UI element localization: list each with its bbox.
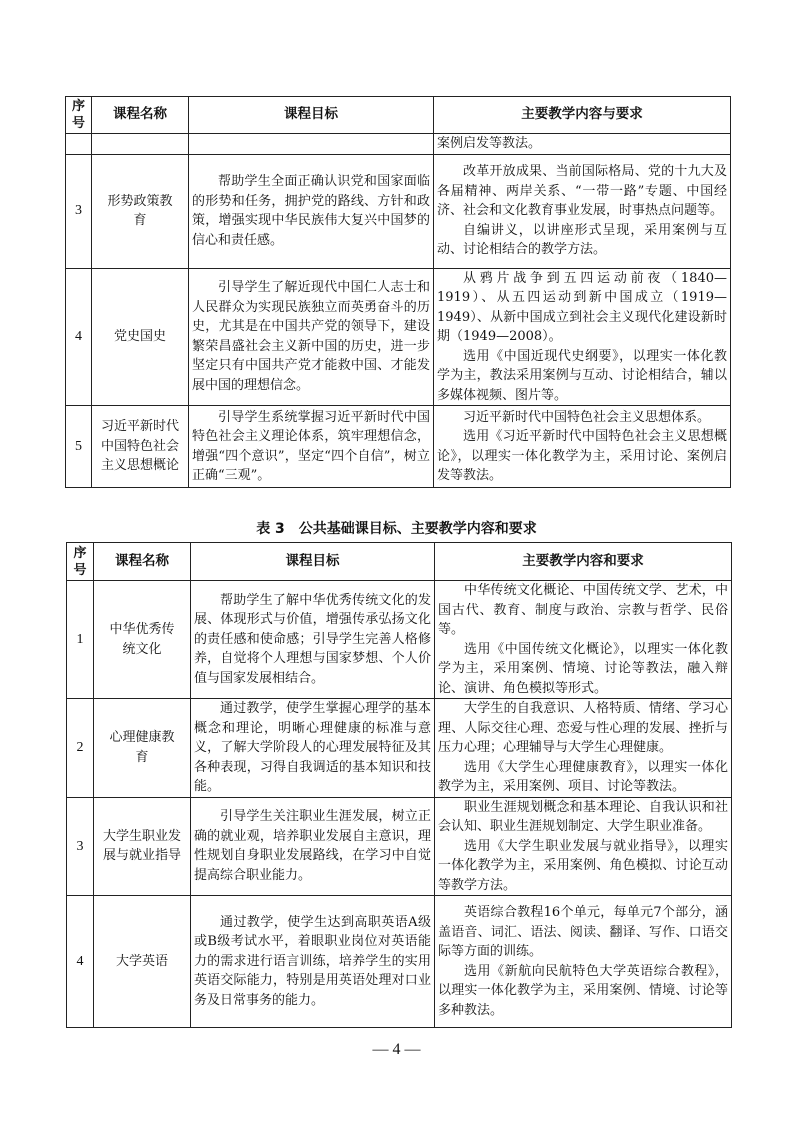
header-no: 序号 <box>67 543 94 581</box>
row-number: 5 <box>66 406 92 488</box>
header-content: 主要教学内容和要求 <box>435 543 732 581</box>
table-caption: 表 3 公共基础课目标、主要教学内容和要求 <box>0 518 793 538</box>
course-name: 心理健康教育 <box>94 699 191 798</box>
course-goal: 帮助学生了解中华优秀传统文化的发展、体现形式与价值，增强传承弘扬文化的责任感和使… <box>191 581 435 699</box>
table-row: 5 习近平新时代中国特色社会主义思想概论 引导学生系统掌握习近平新时代中国特色社… <box>66 406 731 488</box>
table-row: 4 党史国史 引导学生了解近现代中国仁人志士和人民群众为实现民族独立而英勇奋斗的… <box>66 268 731 406</box>
header-name: 课程名称 <box>92 97 189 134</box>
header-goal: 课程目标 <box>191 543 435 581</box>
table-row: 4 大学英语 通过教学，使学生达到高职英语A级或B级考试水平，着眼职业岗位对英语… <box>67 896 732 1028</box>
header-goal: 课程目标 <box>189 97 434 134</box>
course-content: 从鸦片战争到五四运动前夜（1840—1919）、从五四运动到新中国成立（1919… <box>434 268 731 406</box>
page-number: — 4 — <box>0 1041 793 1059</box>
course-name: 党史国史 <box>92 268 189 406</box>
header-name: 课程名称 <box>94 543 191 581</box>
course-content: 改革开放成果、当前国际格局、党的十九大及各届精神、两岸关系、“一带一路”专题、中… <box>434 154 731 268</box>
course-name: 中华优秀传统文化 <box>94 581 191 699</box>
row-number: 3 <box>67 797 94 896</box>
course-goal: 通过教学，使学生掌握心理学的基本概念和理论，明晰心理健康的标准与意义，了解大学阶… <box>191 699 435 798</box>
header-no: 序号 <box>66 97 92 134</box>
course-name: 大学英语 <box>94 896 191 1028</box>
course-goal: 引导学生系统掌握习近平新时代中国特色社会主义理论体系，筑牢理想信念，增强“四个意… <box>189 406 434 488</box>
table-row: 2 心理健康教育 通过教学，使学生掌握心理学的基本概念和理论，明晰心理健康的标准… <box>67 699 732 798</box>
row-number: 4 <box>67 896 94 1028</box>
course-name: 习近平新时代中国特色社会主义思想概论 <box>92 406 189 488</box>
course-goal: 引导学生关注职业生涯发展，树立正确的就业观，培养职业发展自主意识，理性规划自身职… <box>191 797 435 896</box>
course-goal: 帮助学生全面正确认识党和国家面临的形势和任务，拥护党的路线、方针和政策，增强实现… <box>189 154 434 268</box>
course-name: 形势政策教育 <box>92 154 189 268</box>
row-number: 4 <box>66 268 92 406</box>
course-content: 英语综合教程16个单元，每单元7个部分，涵盖语音、词汇、语法、阅读、翻译、写作、… <box>435 896 732 1028</box>
course-content: 习近平新时代中国特色社会主义思想体系。 选用《习近平新时代中国特色社会主义思想概… <box>434 406 731 488</box>
content-cell: 案例启发等教法。 <box>434 134 731 155</box>
table-header-row: 序号 课程名称 课程目标 主要教学内容和要求 <box>67 543 732 581</box>
row-number: 2 <box>67 699 94 798</box>
table-row: 3 形势政策教育 帮助学生全面正确认识党和国家面临的形势和任务，拥护党的路线、方… <box>66 154 731 268</box>
table-row-continuation: 案例启发等教法。 <box>66 134 731 155</box>
course-table-continued: 序号 课程名称 课程目标 主要教学内容与要求 案例启发等教法。 3 形势政策教育… <box>65 96 731 488</box>
table-row: 3 大学生职业发展与就业指导 引导学生关注职业生涯发展，树立正确的就业观，培养职… <box>67 797 732 896</box>
header-content: 主要教学内容与要求 <box>434 97 731 134</box>
row-number: 3 <box>66 154 92 268</box>
course-content: 大学生的自我意识、人格特质、情绪、学习心理、人际交往心理、恋爱与性心理的发展、挫… <box>435 699 732 798</box>
course-name: 大学生职业发展与就业指导 <box>94 797 191 896</box>
course-goal: 通过教学，使学生达到高职英语A级或B级考试水平，着眼职业岗位对英语能力的需求进行… <box>191 896 435 1028</box>
course-table-3: 序号 课程名称 课程目标 主要教学内容和要求 1 中华优秀传统文化 帮助学生了解… <box>66 542 732 1028</box>
row-number: 1 <box>67 581 94 699</box>
table-header-row: 序号 课程名称 课程目标 主要教学内容与要求 <box>66 97 731 134</box>
course-goal: 引导学生了解近现代中国仁人志士和人民群众为实现民族独立而英勇奋斗的历史，尤其是在… <box>189 268 434 406</box>
table-row: 1 中华优秀传统文化 帮助学生了解中华优秀传统文化的发展、体现形式与价值，增强传… <box>67 581 732 699</box>
course-content: 职业生涯规划概念和基本理论、自我认识和社会认知、职业生涯规划制定、大学生职业准备… <box>435 797 732 896</box>
course-content: 中华传统文化概论、中国传统文学、艺术，中国古代、教育、制度与政治、宗教与哲学、民… <box>435 581 732 699</box>
